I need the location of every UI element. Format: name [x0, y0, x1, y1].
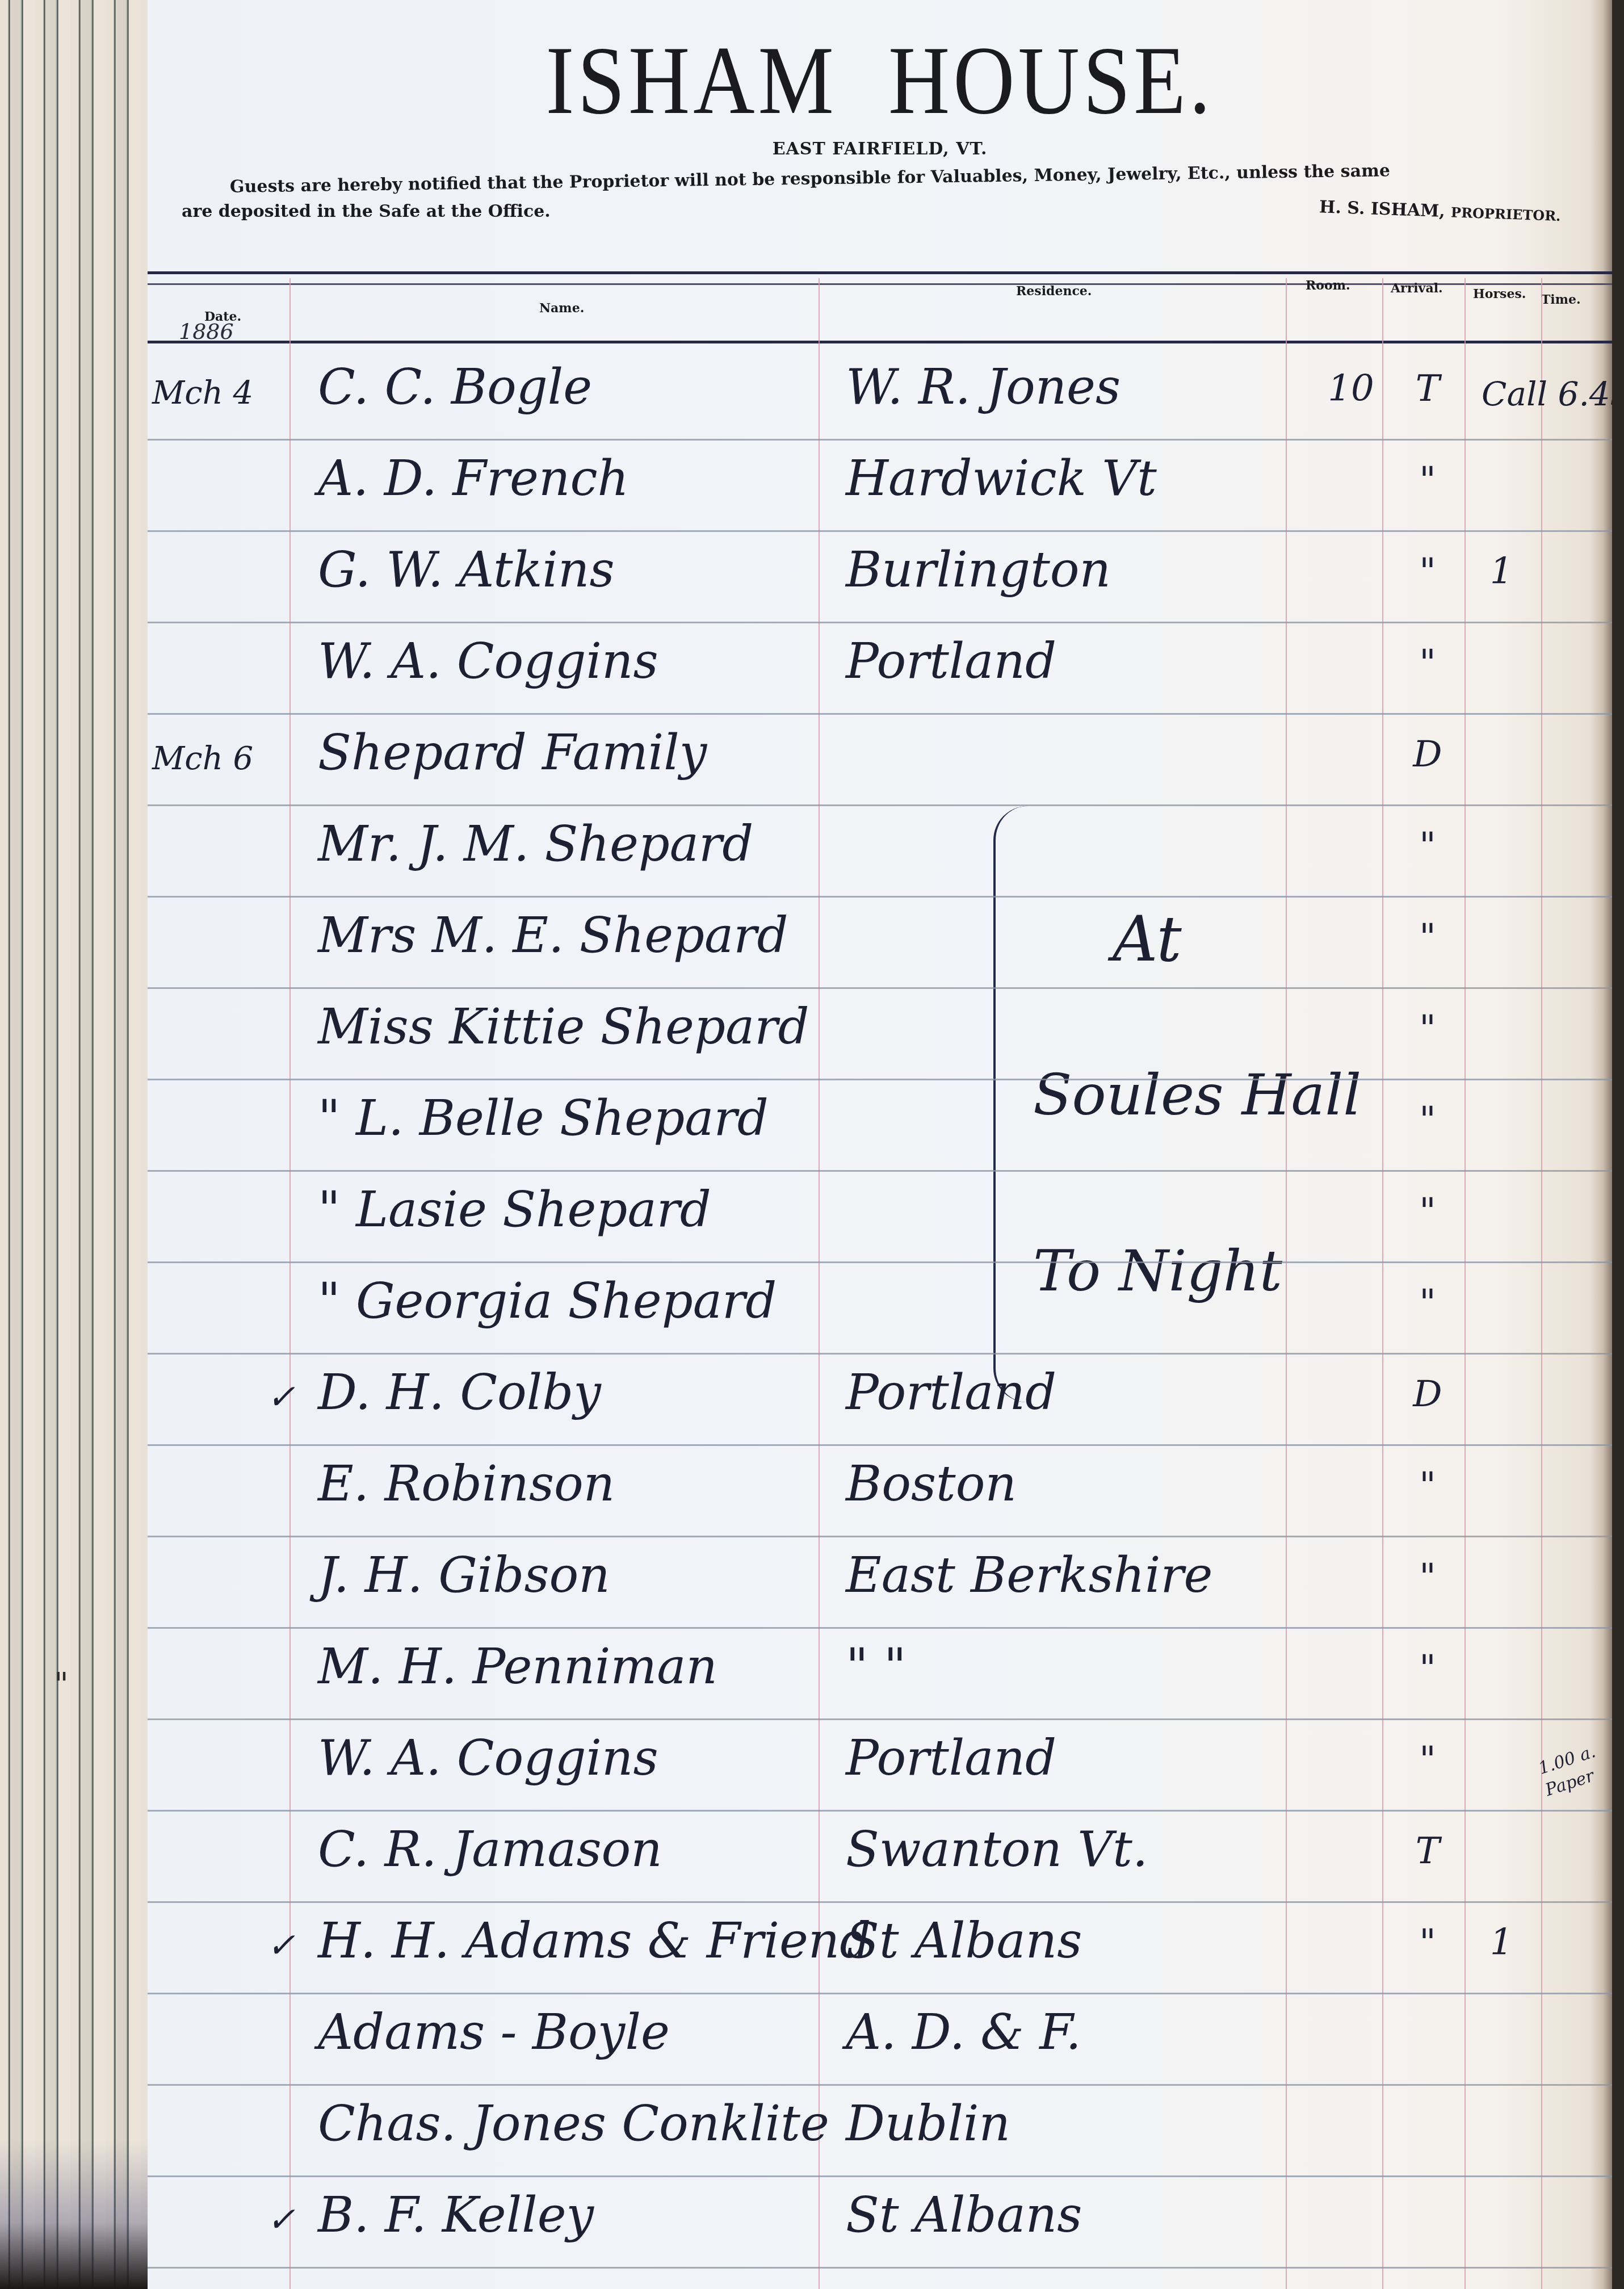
entry-guest-name: M. H. Penniman — [318, 1638, 717, 1695]
row-rule — [148, 1444, 1612, 1446]
entry-residence: W. R. Jones — [846, 359, 1121, 416]
col-header-horses: Horses. — [1473, 287, 1526, 301]
entry-guest-name: H. H. Adams & Friend — [318, 1913, 871, 1969]
hotel-name-word2: HOUSE. — [888, 26, 1214, 135]
table-row: " Lasie Shepard" — [148, 1175, 1612, 1265]
hotel-name-word1: ISHAM — [546, 26, 837, 135]
entry-time: Call 6.45 — [1482, 375, 1612, 413]
row-rule — [148, 1627, 1612, 1629]
entry-guest-name: Miss Kittie Shepard — [318, 999, 809, 1055]
table-row: M. H. Penniman" "" — [148, 1632, 1612, 1722]
entry-guest-name: Mr. J. M. Shepard — [318, 816, 753, 873]
row-rule — [148, 1536, 1612, 1537]
entry-residence: Burlington — [846, 542, 1111, 598]
entry-residence: Portland — [846, 633, 1056, 690]
entry-residence: St Albans — [846, 2187, 1082, 2244]
table-row: ✓D. H. ColbyPortlandD — [148, 1357, 1612, 1448]
table-row: Mch 4C. C. BogleW. R. Jones10TCall 6.45 — [148, 352, 1612, 443]
entry-arrival: " — [1396, 551, 1459, 593]
entry-checkmark: ✓ — [267, 1377, 295, 1417]
row-rule — [148, 2175, 1612, 2177]
entry-guest-name: D. H. Colby — [318, 1364, 601, 1421]
entry-residence: Swanton Vt. — [846, 1821, 1148, 1878]
col-header-residence: Residence. — [1016, 284, 1092, 299]
entry-guest-name: E. Robinson — [318, 1456, 615, 1512]
entry-guest-name: Mrs M. E. Shepard — [318, 907, 788, 964]
entry-checkmark: ✓ — [267, 1926, 295, 1965]
table-row: Chas. Jones ConkliteDublin — [148, 2089, 1612, 2179]
entry-guest-name: W. A. Coggins — [318, 1730, 658, 1787]
proprietor-signature: H. S. ISHAM, PROPRIETOR. — [1319, 195, 1573, 229]
entry-date: Mch 6 — [152, 740, 253, 777]
table-row: " Georgia Shepard" — [148, 1266, 1612, 1357]
table-row: W. A. CogginsPortland" — [148, 626, 1612, 717]
entry-horses: 1 — [1470, 1922, 1533, 1964]
col-header-arrival: Arrival. — [1391, 281, 1443, 296]
row-rule — [148, 1718, 1612, 1720]
book-page-edges — [0, 0, 149, 2289]
entry-arrival: T — [1396, 368, 1459, 410]
column-header-row: Date. Name. Residence. Room. Arrival. Ho… — [148, 267, 1612, 346]
entry-guest-name: C. R. Jamason — [318, 1821, 662, 1878]
notice-line-2: are deposited in the Safe at the Office. — [182, 200, 551, 224]
entry-guest-name: C. C. Bogle — [318, 359, 592, 416]
table-row: Mr. J. M. Shepard" — [148, 809, 1612, 900]
col-header-name: Name. — [539, 301, 584, 316]
entry-arrival: " — [1396, 459, 1459, 501]
row-rule — [148, 2084, 1612, 2086]
row-rule — [148, 1901, 1612, 1903]
entry-date: Mch 4 — [152, 375, 253, 412]
entry-arrival: " — [1396, 1739, 1459, 1781]
entry-guest-name: A. D. French — [318, 450, 629, 507]
row-rule — [148, 1261, 1612, 1263]
entry-arrival: " — [1396, 825, 1459, 867]
row-rule — [148, 530, 1612, 532]
table-row: E. RobinsonBoston" — [148, 1449, 1612, 1540]
entry-arrival: " — [1396, 1647, 1459, 1689]
entry-arrival: " — [1396, 1190, 1459, 1232]
entry-arrival: " — [1396, 1922, 1459, 1964]
row-rule — [148, 1993, 1612, 1994]
entry-arrival: " — [1396, 642, 1459, 684]
row-rule — [148, 1079, 1612, 1080]
row-rule — [148, 622, 1612, 623]
entry-guest-name: W. A. Coggins — [318, 633, 658, 690]
entry-guest-name: Shepard Family — [318, 724, 707, 781]
table-row: C. R. JamasonSwanton Vt.T — [148, 1814, 1612, 1905]
table-row: G. W. AtkinsBurlington"1 — [148, 535, 1612, 626]
table-row: Adams - BoyleA. D. & F. — [148, 1997, 1612, 2088]
entry-residence: Portland — [846, 1364, 1056, 1421]
row-rule — [148, 896, 1612, 898]
entry-arrival: " — [1396, 1008, 1459, 1050]
proprietor-title: PROPRIETOR. — [1451, 204, 1561, 224]
row-rule — [148, 713, 1612, 715]
notice-line-1: Guests are hereby notified that the Prop… — [182, 157, 1572, 200]
table-row: W. A. CogginsPortland" — [148, 1723, 1612, 1814]
hotel-name-heading: ISHAMHOUSE. — [148, 24, 1612, 136]
entry-residence: Dublin — [846, 2095, 1010, 2152]
entry-residence: A. D. & F. — [846, 2004, 1081, 2061]
table-row: ✓H. H. Adams & FriendSt Albans"1 — [148, 1906, 1612, 1997]
row-rule — [148, 1170, 1612, 1172]
table-row: Mrs M. E. Shepard" — [148, 900, 1612, 991]
row-rule — [148, 804, 1612, 806]
row-rule — [148, 1353, 1612, 1355]
header-bottom-rule — [148, 341, 1612, 347]
table-row: J. H. GibsonEast Berkshire" — [148, 1540, 1612, 1631]
table-row: ✓B. F. KelleySt Albans — [148, 2180, 1612, 2271]
entry-arrival: " — [1396, 1556, 1459, 1598]
entry-checkmark: ✓ — [267, 2200, 295, 2240]
row-rule — [148, 2267, 1612, 2269]
entry-residence: Hardwick Vt — [846, 450, 1157, 507]
row-rule — [148, 439, 1612, 441]
entry-horses: 1 — [1470, 551, 1533, 593]
entry-arrival: " — [1396, 1282, 1459, 1324]
register-page: ISHAMHOUSE. EAST FAIRFIELD, VT. Guests a… — [148, 0, 1612, 2289]
entry-guest-name: B. F. Kelley — [318, 2187, 594, 2244]
hotel-location: EAST FAIRFIELD, VT. — [148, 139, 1612, 159]
entry-arrival: D — [1396, 733, 1459, 775]
proprietor-name: H. S. ISHAM, — [1319, 197, 1446, 221]
entry-arrival: " — [1396, 1465, 1459, 1507]
entry-guest-name: Adams - Boyle — [318, 2004, 670, 2061]
entry-guest-name: " Georgia Shepard — [318, 1273, 777, 1330]
entry-residence: Portland — [846, 1730, 1056, 1787]
entry-residence: Boston — [846, 1456, 1017, 1512]
col-header-room: Room. — [1306, 278, 1350, 293]
entry-guest-name: " Lasie Shepard — [318, 1181, 711, 1238]
entry-arrival: " — [1396, 1099, 1459, 1141]
entry-arrival: D — [1396, 1373, 1459, 1415]
entry-guest-name: " L. Belle Shepard — [318, 1090, 769, 1147]
entry-room: 10 — [1317, 368, 1385, 410]
entry-arrival: " — [1396, 916, 1459, 958]
margin-ditto-mark: " — [54, 1666, 69, 1703]
table-row: A. D. FrenchHardwick Vt" — [148, 443, 1612, 534]
guest-notice: Guests are hereby notified that the Prop… — [182, 176, 1572, 224]
row-rule — [148, 987, 1612, 989]
table-row: " L. Belle Shepard" — [148, 1083, 1612, 1174]
entry-residence: St Albans — [846, 1913, 1082, 1969]
entry-arrival: T — [1396, 1830, 1459, 1872]
table-row: Mch 6Shepard FamilyD — [148, 718, 1612, 808]
entry-guest-name: J. H. Gibson — [318, 1547, 610, 1604]
entry-residence: " " — [846, 1638, 906, 1695]
entry-guest-name: G. W. Atkins — [318, 542, 615, 598]
row-rule — [148, 1810, 1612, 1812]
entry-guest-name: Chas. Jones Conklite — [318, 2095, 829, 2152]
col-header-time: Time. — [1541, 292, 1581, 307]
table-row: Miss Kittie Shepard" — [148, 992, 1612, 1083]
entry-residence: East Berkshire — [846, 1547, 1212, 1604]
